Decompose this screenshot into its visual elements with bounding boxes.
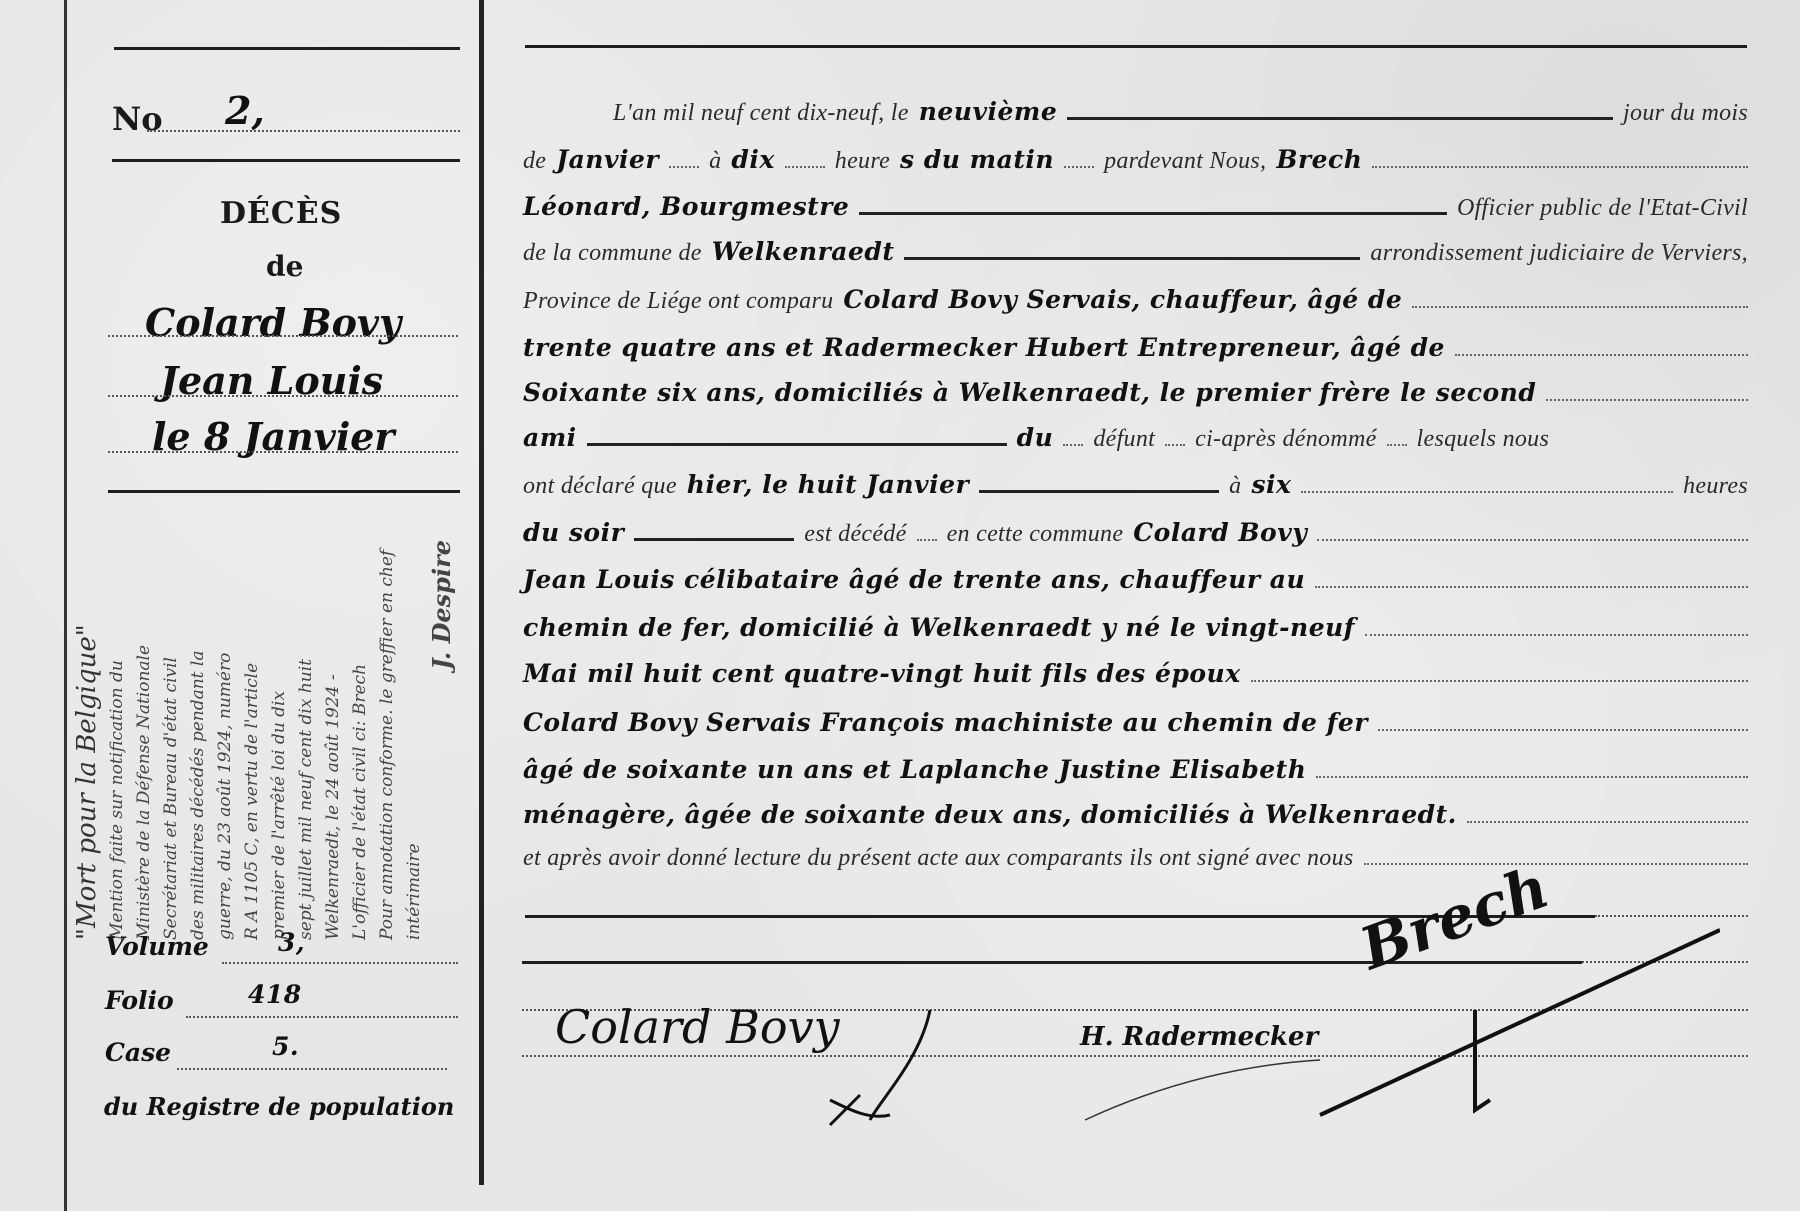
act-line-13: Mai mil huit cent quatre-vingt huit fils… [523, 659, 1748, 688]
act-line-8: ami du défunt ci-après dénommé lesquels … [523, 423, 1748, 453]
act-line-3: Léonard, Bourgmestre Officier public de … [523, 192, 1748, 222]
number-label: No [112, 100, 163, 138]
printed-text: défunt [1093, 426, 1155, 453]
deceased-details: Jean Louis célibataire âgé de trente ans… [523, 565, 1305, 594]
fill-rule [634, 538, 794, 541]
deces-de: de [266, 250, 303, 283]
act-line-16: ménagère, âgée de soixante deux ans, dom… [523, 800, 1748, 829]
act-line-9: ont déclaré que hier, le huit Janvier à … [523, 470, 1748, 500]
printed-text: Province de Liége ont comparu [523, 288, 833, 315]
fill-dots [1301, 491, 1673, 493]
father-details: Colard Bovy Servais François machiniste … [523, 708, 1368, 737]
margin-note-line: guerre, du 23 août 1924, numéro [212, 500, 239, 940]
signature-flourish-2 [1080, 1055, 1330, 1125]
declarant-1: Colard Bovy Servais, chauffeur, âgé de [843, 285, 1402, 314]
fill-dots [785, 166, 825, 168]
printed-text: de [523, 148, 546, 175]
deces-title: DÉCÈS [220, 196, 342, 231]
folio-dotted-line [186, 1016, 458, 1018]
fill-rule [979, 490, 1219, 493]
death-hour: six [1251, 470, 1291, 499]
volume-dotted-line [222, 962, 458, 964]
printed-text: L'an mil neuf cent dix-neuf, le [613, 100, 909, 127]
printed-text: de la commune de [523, 240, 702, 267]
signature-officer-flourish [1300, 900, 1720, 1130]
signature-flourish-1 [810, 1000, 960, 1130]
act-top-rule [525, 45, 1747, 48]
hour: dix [731, 145, 774, 174]
act-line-5: Province de Liége ont comparu Colard Bov… [523, 285, 1748, 315]
volume-value: 3, [278, 928, 305, 957]
fill-dots [1365, 634, 1748, 636]
folio-label: Folio [105, 986, 174, 1015]
relationship: ami [523, 423, 577, 452]
relationship-du: du [1017, 423, 1054, 452]
printed-text: ont déclaré que [523, 473, 677, 500]
deceased-surname: Colard Bovy [145, 300, 401, 345]
registry-footer: du Registre de population [104, 1092, 454, 1121]
printed-text: à [1229, 473, 1241, 500]
officer-title: Léonard, Bourgmestre [523, 192, 849, 221]
signature-declarant-1: Colard Bovy [555, 1000, 840, 1054]
margin-note-line: "Mort pour la Belgique" [70, 500, 104, 940]
printed-text: heure [835, 148, 890, 175]
closing-formula: et après avoir donné lecture du présent … [523, 845, 1354, 872]
folio-value: 418 [248, 980, 302, 1009]
fill-dots [1455, 354, 1748, 356]
fill-dots [1316, 776, 1748, 778]
margin-note-line: L'officier de l'état civil ci: Brech [347, 500, 374, 940]
printed-text: en cette commune [947, 521, 1124, 548]
case-dotted-line [177, 1068, 447, 1070]
margin-note-line: premier de l'arrêté loi du dix [266, 500, 293, 940]
margin-note-signature: J. Despire [428, 500, 455, 940]
act-line-11: Jean Louis célibataire âgé de trente ans… [523, 565, 1748, 594]
commune: Welkenraedt [712, 237, 895, 266]
fill-dots [1467, 821, 1748, 823]
left-second-rule [112, 159, 460, 162]
margin-note-line: sept juillet mil neuf cent dix huit [293, 500, 320, 940]
act-line-12: chemin de fer, domicilié à Welkenraedt y… [523, 613, 1748, 642]
binding-margin-line [64, 0, 67, 1211]
act-line-6: trente quatre ans et Radermecker Hubert … [523, 333, 1748, 362]
printed-text: pardevant Nous, [1104, 148, 1266, 175]
act-line-4: de la commune de Welkenraedt arrondissem… [523, 237, 1748, 267]
margin-note-line: des militaires décédés pendant la [185, 500, 212, 940]
left-top-rule [114, 47, 460, 50]
printed-text: est décédé [804, 521, 906, 548]
printed-text: heures [1683, 473, 1748, 500]
fill-rule [859, 212, 1447, 215]
deceased-dotted-3 [108, 451, 458, 453]
death-date: hier, le huit Janvier [687, 470, 969, 499]
death-time-of-day: du soir [523, 518, 624, 547]
fill-dots [1251, 680, 1748, 682]
fill-dots [1387, 444, 1407, 446]
act-line-10: du soir est décédé en cette commune Cola… [523, 518, 1748, 548]
deceased-dotted-1 [108, 335, 458, 337]
margin-note-line: Welkenraedt, le 24 août 1924 - [320, 500, 347, 940]
case-label: Case [105, 1038, 171, 1067]
deceased-surname-body: Colard Bovy [1133, 518, 1307, 547]
fill-dots [1364, 863, 1748, 865]
act-line-1: L'an mil neuf cent dix-neuf, le neuvième… [523, 97, 1748, 127]
act-line-7: Soixante six ans, domiciliés à Welkenrae… [523, 378, 1748, 407]
fill-dots [1165, 444, 1185, 446]
fill-rule [587, 443, 1007, 446]
fill-dots [1317, 539, 1748, 541]
printed-text: Officier public de l'Etat-Civil [1457, 195, 1748, 222]
fill-dots [669, 166, 699, 168]
margin-annotation: "Mort pour la Belgique" Mention faite su… [70, 500, 500, 940]
margin-note-line: R A 1105 C, en vertu de l'article [239, 500, 266, 940]
case-value: 5. [272, 1032, 299, 1061]
deceased-dotted-2 [108, 395, 458, 397]
left-third-rule [108, 490, 460, 493]
fill-dots [1378, 729, 1748, 731]
fill-rule [904, 257, 1360, 260]
declarants-domicile: Soixante six ans, domiciliés à Welkenrae… [523, 378, 1536, 407]
fill-dots [1063, 444, 1083, 446]
margin-note-line: Mention faite sur notification du [104, 500, 131, 940]
fill-dots [1546, 399, 1748, 401]
day-ordinal: neuvième [919, 97, 1058, 126]
printed-text: à [709, 148, 721, 175]
printed-text: arrondissement judiciaire de Verviers, [1370, 240, 1748, 267]
time-of-day: s du matin [900, 145, 1054, 174]
month: Janvier [556, 145, 659, 174]
fill-rule [1067, 117, 1613, 120]
printed-text: ci-après dénommé [1195, 426, 1376, 453]
act-line-15: âgé de soixante un ans et Laplanche Just… [523, 755, 1748, 784]
deceased-domicile: chemin de fer, domicilié à Welkenraedt y… [523, 613, 1355, 642]
volume-label: Volume [105, 932, 209, 961]
printed-text: jour du mois [1623, 100, 1748, 127]
act-line-2: de Janvier à dix heure s du matin pardev… [523, 145, 1748, 175]
fill-dots [1315, 586, 1748, 588]
officer-name: Brech [1276, 145, 1362, 174]
parents-domicile: ménagère, âgée de soixante deux ans, dom… [523, 800, 1457, 829]
mother-details: âgé de soixante un ans et Laplanche Just… [523, 755, 1306, 784]
declarant-2: trente quatre ans et Radermecker Hubert … [523, 333, 1445, 362]
act-number: 2, [225, 88, 265, 133]
fill-dots [917, 539, 937, 541]
margin-note-line: Pour annotation conforme. le greffier en… [374, 500, 428, 940]
number-dotted-line [147, 130, 460, 132]
margin-note-line: Ministère de la Défense Nationale [131, 500, 158, 940]
act-line-14: Colard Bovy Servais François machiniste … [523, 708, 1748, 737]
birth-date: Mai mil huit cent quatre-vingt huit fils… [523, 659, 1241, 688]
fill-dots [1372, 166, 1748, 168]
margin-note-line: Secrétariat et Bureau d'état civil [158, 500, 185, 940]
signature-declarant-2: H. Radermecker [1080, 1022, 1318, 1052]
act-line-17: et après avoir donné lecture du présent … [523, 845, 1748, 872]
fill-dots [1064, 166, 1094, 168]
fill-dots [1412, 306, 1748, 308]
printed-text: lesquels nous [1417, 426, 1550, 453]
